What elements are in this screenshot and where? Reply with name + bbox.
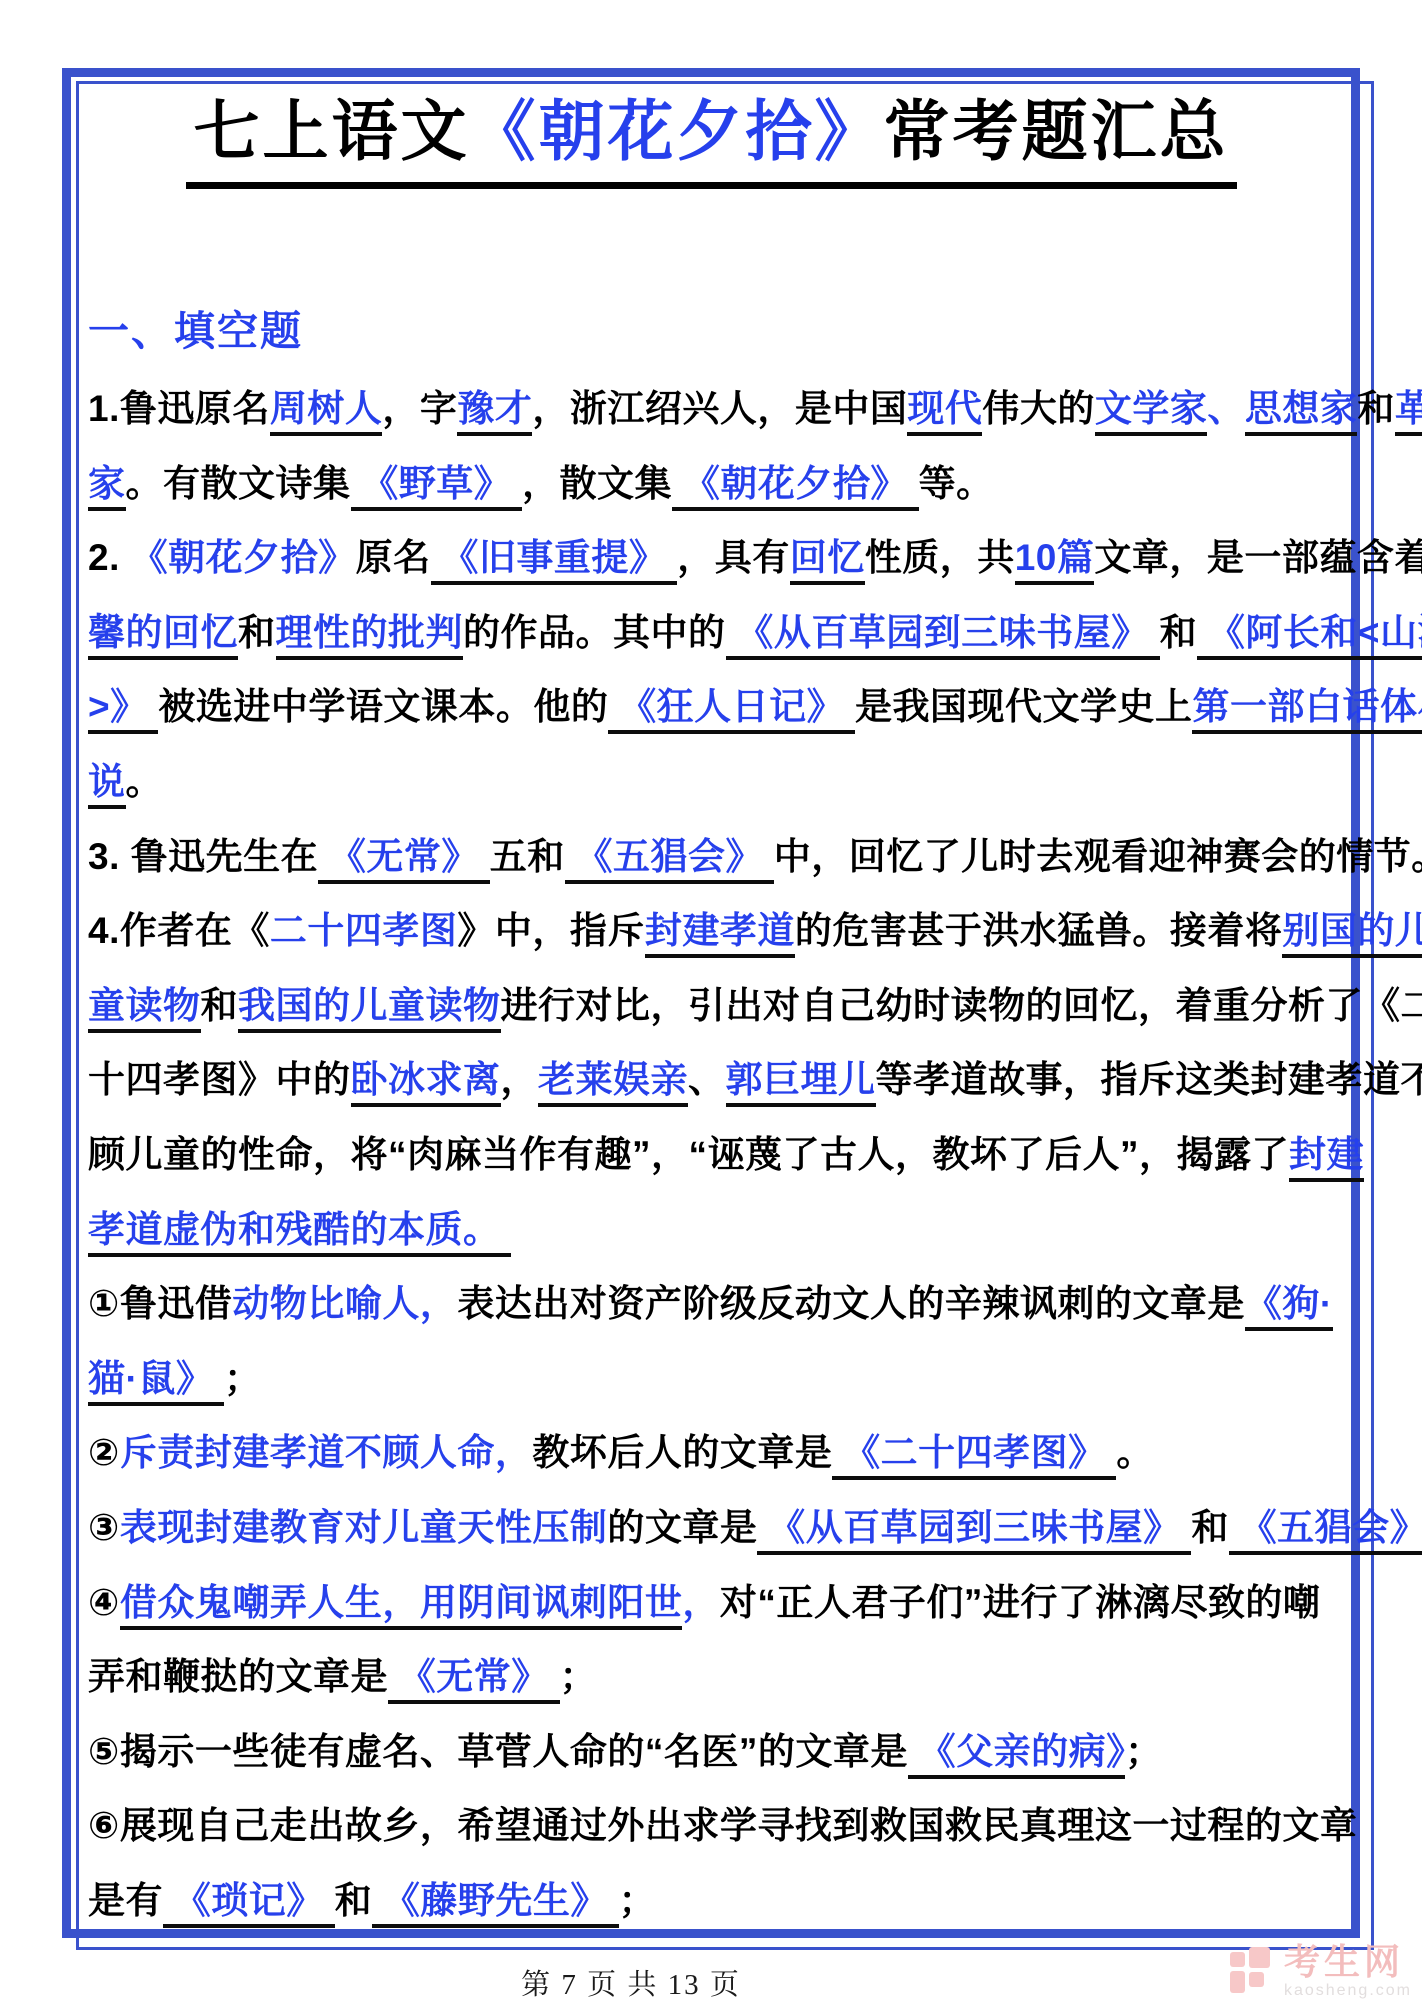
text-segment: 表现封建教育对儿童天性压制: [120, 1507, 608, 1548]
text-segment: 1.鲁迅原名: [88, 388, 270, 429]
text-segment: ，: [682, 1582, 720, 1623]
text-segment: 和: [1191, 1507, 1229, 1548]
text-segment: 《琐记》: [163, 1880, 335, 1928]
text-segment: 。有散文诗集: [126, 463, 351, 504]
title-segment: 常考题汇总: [884, 94, 1229, 168]
text-segment: 进行对比，引出对自己幼时读物的回忆，着重分析了《二: [501, 985, 1422, 1026]
text-segment: 《狗·: [1245, 1283, 1333, 1331]
text-segment: 、: [1207, 388, 1245, 429]
text-segment: 《无常》: [318, 836, 490, 884]
text-segment: 豫才: [457, 388, 532, 436]
text-segment: 家: [88, 463, 126, 511]
text-segment: 十四孝图》中的: [88, 1059, 351, 1100]
text-segment: 别国的儿: [1282, 910, 1422, 958]
body-line: 说。: [88, 745, 1368, 820]
text-segment: 童读物: [88, 985, 201, 1033]
text-segment: 《阿长和<山海经: [1197, 612, 1422, 660]
text-segment: 老莱娱亲: [538, 1059, 688, 1107]
text-segment: 的文章是: [607, 1507, 757, 1548]
text-segment: 郭巨埋儿: [726, 1059, 876, 1107]
text-segment: ，浙江绍兴人，是中国: [532, 388, 907, 429]
text-segment: 《藤野先生》: [372, 1880, 619, 1928]
logo-block: [1230, 1952, 1245, 1967]
body-line: ①鲁迅借动物比喻人，表达出对资产阶级反动文人的辛辣讽刺的文章是《狗·: [88, 1267, 1368, 1342]
text-segment: 二十四孝图: [270, 910, 458, 951]
body-line: >》 被选进中学语文课本。他的 《狂人日记》 是我国现代文学史上第一部白话体小: [88, 670, 1368, 745]
text-segment: 《从百草园到三味书屋》: [726, 612, 1160, 660]
text-segment: 《五猖会》: [1229, 1507, 1422, 1555]
watermark-logo-icon: [1230, 1947, 1274, 1997]
body-line: 4.作者在《二十四孝图》中，指斥封建孝道的危害甚于洪水猛兽。接着将别国的儿: [88, 894, 1368, 969]
body-line: 童读物和我国的儿童读物进行对比，引出对自己幼时读物的回忆，着重分析了《二: [88, 969, 1368, 1044]
text-segment: 《无常》: [388, 1656, 560, 1704]
body-line: 1.鲁迅原名周树人，字豫才，浙江绍兴人，是中国现代伟大的文学家、思想家和革命: [88, 372, 1368, 447]
text-segment: 教坏后人的文章是: [532, 1432, 832, 1473]
text-segment: 》中，指斥: [457, 910, 645, 951]
body-line: ③表现封建教育对儿童天性压制的文章是 《从百草园到三味书屋》 和 《五猖会》: [88, 1491, 1368, 1566]
text-segment: 和: [201, 985, 239, 1026]
text-segment: 五和: [490, 836, 565, 877]
text-segment: 对“正人君子们”进行了淋漓尽致的嘲: [720, 1582, 1321, 1623]
text-segment: 《旧事重提》: [431, 537, 678, 585]
body-line: ⑤揭示一些徒有虚名、草菅人命的“名医”的文章是 《父亲的病》；: [88, 1715, 1368, 1790]
text-segment: 周树人: [270, 388, 383, 436]
text-segment: ；: [619, 1880, 657, 1921]
text-segment: 理性的批判: [276, 612, 464, 660]
text-segment: ；: [1125, 1731, 1163, 1772]
text-segment: 2.: [88, 537, 131, 578]
title-segment: 七上语文: [194, 94, 470, 168]
text-segment: 表达出对资产阶级反动文人的辛辣讽刺的文章是: [457, 1283, 1245, 1324]
logo-block: [1249, 1947, 1270, 1968]
watermark: 考生网 kaosheng.com: [1230, 1944, 1412, 1999]
watermark-brand: 考生网: [1284, 1944, 1412, 1980]
text-segment: 和: [1160, 612, 1198, 653]
body-line: 顾儿童的性命，将“肉麻当作有趣”，“诬蔑了古人，教坏了后人”，揭露了封建: [88, 1118, 1368, 1193]
watermark-domain: kaosheng.com: [1284, 1983, 1412, 1999]
text-segment: 《野草》: [351, 463, 523, 511]
text-segment: 斥责封建孝道不顾人命，: [120, 1432, 533, 1473]
text-segment: ④: [88, 1582, 120, 1623]
text-segment: 第一部白话体小: [1192, 686, 1422, 734]
text-segment: 和: [238, 612, 276, 653]
text-segment: 文学家: [1095, 388, 1208, 436]
text-segment: 文章，是一部蕴含着: [1094, 537, 1422, 578]
text-segment: 封建: [1289, 1134, 1364, 1182]
text-segment: 性质，共: [865, 537, 1015, 578]
text-segment: 被选进中学语文课本。他的: [158, 686, 608, 727]
text-segment: 回忆: [790, 537, 865, 585]
body-line: 猫·鼠》 ；: [88, 1342, 1368, 1417]
body-line: 3. 鲁迅先生在 《无常》 五和 《五猖会》 中，回忆了儿时去观看迎神赛会的情节…: [88, 820, 1368, 895]
page-title-wrap: 七上语文《朝花夕拾》常考题汇总: [0, 84, 1422, 189]
body-line: ②斥责封建孝道不顾人命，教坏后人的文章是 《二十四孝图》 。: [88, 1416, 1368, 1491]
text-segment: 动物比喻人，: [232, 1283, 457, 1324]
text-segment: ；: [224, 1358, 262, 1399]
text-segment: 馨的回忆: [88, 612, 238, 660]
text-segment: 借众鬼嘲弄人生，用阴间讽刺阳世: [120, 1582, 683, 1630]
text-segment: 中，回忆了儿时去观看迎神赛会的情节。: [774, 836, 1422, 877]
text-segment: 的作品。其中的: [463, 612, 726, 653]
text-segment: 是我国现代文学史上: [855, 686, 1193, 727]
text-segment: 10篇: [1015, 537, 1095, 585]
text-segment: ②: [88, 1432, 120, 1473]
text-segment: 。: [1116, 1432, 1154, 1473]
text-segment: ，字: [382, 388, 457, 429]
text-segment: ，: [501, 1059, 539, 1100]
text-segment: 《狂人日记》: [608, 686, 855, 734]
title-segment: 《朝花夕拾》: [470, 94, 884, 168]
text-segment: 《朝花夕拾》: [672, 463, 919, 511]
text-segment: 顾儿童的性命，将“肉麻当作有趣”，“诬蔑了古人，教坏了后人”，揭露了: [88, 1134, 1289, 1175]
watermark-text: 考生网 kaosheng.com: [1284, 1944, 1412, 1999]
text-segment: ，散文集: [522, 463, 672, 504]
body-line: 孝道虚伪和残酷的本质。: [88, 1193, 1368, 1268]
text-segment: 等。: [919, 463, 994, 504]
text-segment: 的危害甚于洪水猛兽。接着将: [795, 910, 1283, 951]
body-line: 馨的回忆和理性的批判的作品。其中的 《从百草园到三味书屋》 和 《阿长和<山海经: [88, 596, 1368, 671]
body-line: 2. 《朝花夕拾》原名 《旧事重提》 ，具有回忆性质，共10篇文章，是一部蕴含着…: [88, 521, 1368, 596]
body-line: ⑥展现自己走出故乡，希望通过外出求学寻找到救国救民真理这一过程的文章: [88, 1789, 1368, 1864]
text-segment: ①鲁迅借: [88, 1283, 232, 1324]
text-segment: ⑥展现自己走出故乡，希望通过外出求学寻找到救国救民真理这一过程的文章: [88, 1805, 1357, 1846]
text-segment: ③: [88, 1507, 120, 1548]
text-segment: 和: [335, 1880, 373, 1921]
text-segment: ；: [560, 1656, 598, 1697]
page-title: 七上语文《朝花夕拾》常考题汇总: [186, 84, 1237, 189]
text-segment: ，具有: [677, 537, 790, 578]
text-segment: 《二十四孝图》: [832, 1432, 1116, 1480]
body-line: 家。有散文诗集 《野草》 ，散文集 《朝花夕拾》 等。: [88, 447, 1368, 522]
text-segment: 《朝花夕拾》: [131, 537, 356, 578]
text-segment: 说: [88, 761, 126, 809]
text-segment: 《五猖会》: [565, 836, 774, 884]
text-segment: 孝道虚伪和残酷的本质。: [88, 1209, 511, 1257]
text-segment: 《父亲的病》: [908, 1731, 1125, 1779]
text-segment: 弄和鞭挞的文章是: [88, 1656, 388, 1697]
text-segment: 封建孝道: [645, 910, 795, 958]
text-segment: 卧冰求离: [351, 1059, 501, 1107]
section-heading: 一、填空题: [88, 298, 303, 357]
text-segment: 原名: [356, 537, 431, 578]
text-segment: 3. 鲁迅先生在: [88, 836, 318, 877]
body-line: 是有 《琐记》 和 《藤野先生》 ；: [88, 1864, 1368, 1939]
text-segment: 我国的儿童读物: [238, 985, 501, 1033]
text-segment: 4.作者在《: [88, 910, 270, 951]
text-segment: 革命: [1395, 388, 1422, 436]
text-segment: 、: [688, 1059, 726, 1100]
text-segment: ⑤揭示一些徒有虚名、草菅人命的“名医”的文章是: [88, 1731, 908, 1772]
text-segment: 伟大的: [982, 388, 1095, 429]
body-line: 弄和鞭挞的文章是 《无常》 ；: [88, 1640, 1368, 1715]
body-line: 十四孝图》中的卧冰求离，老莱娱亲、郭巨埋儿等孝道故事，指斥这类封建孝道不: [88, 1043, 1368, 1118]
document-body: 1.鲁迅原名周树人，字豫才，浙江绍兴人，是中国现代伟大的文学家、思想家和革命家。…: [88, 372, 1368, 1938]
text-segment: 等孝道故事，指斥这类封建孝道不: [876, 1059, 1422, 1100]
logo-block: [1230, 1971, 1245, 1993]
text-segment: 思想家: [1245, 388, 1358, 436]
body-line: ④借众鬼嘲弄人生，用阴间讽刺阳世，对“正人君子们”进行了淋漓尽致的嘲: [88, 1566, 1368, 1641]
page-footer: 第 7 页 共 13 页: [0, 1962, 1262, 2003]
logo-block: [1249, 1972, 1264, 1987]
text-segment: 《从百草园到三味书屋》: [757, 1507, 1191, 1555]
text-segment: 。: [126, 761, 164, 802]
text-segment: 现代: [907, 388, 982, 436]
text-segment: >》: [88, 686, 158, 734]
text-segment: 猫·鼠》: [88, 1358, 224, 1406]
text-segment: 和: [1357, 388, 1395, 429]
text-segment: 是有: [88, 1880, 163, 1921]
